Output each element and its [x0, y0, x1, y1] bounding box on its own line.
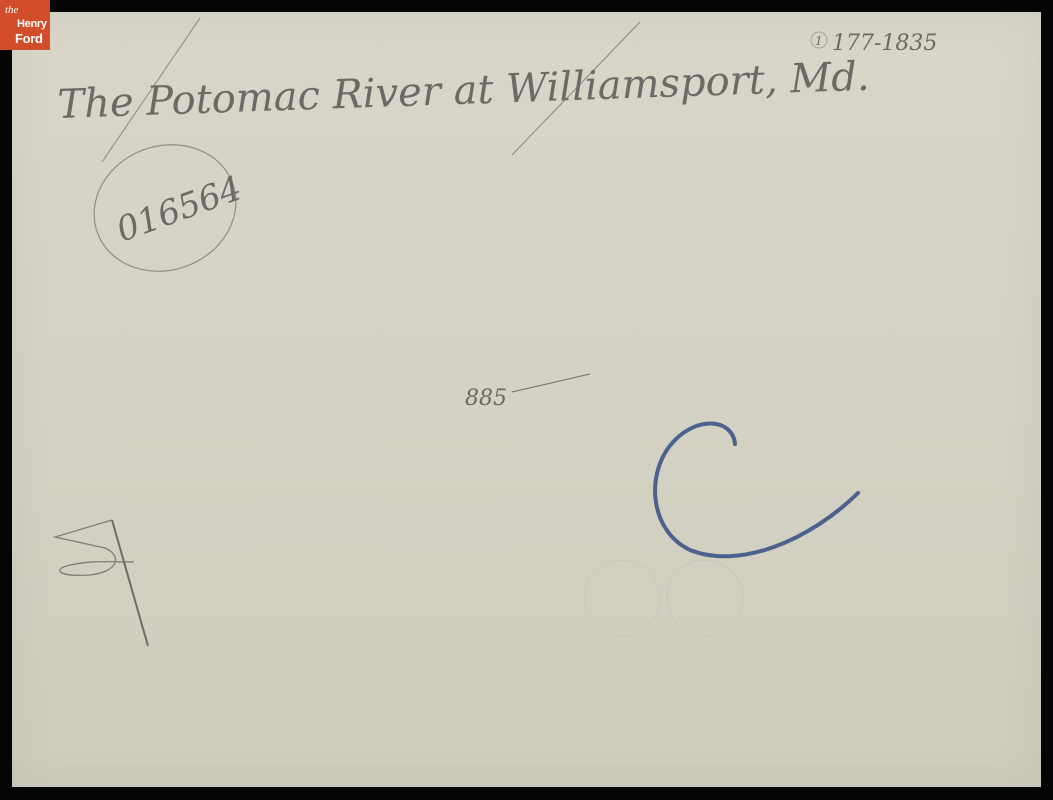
- lower-left-mark-label: 57: [55, 520, 75, 539]
- logo-the: the: [5, 4, 18, 16]
- blue-crayon-mark-label: C: [680, 470, 692, 489]
- logo-ford: Ford: [15, 31, 43, 46]
- henry-ford-logo: the Henry Ford: [0, 0, 50, 50]
- logo-henry: Henry: [17, 18, 47, 30]
- photo-mount-back: [12, 12, 1041, 787]
